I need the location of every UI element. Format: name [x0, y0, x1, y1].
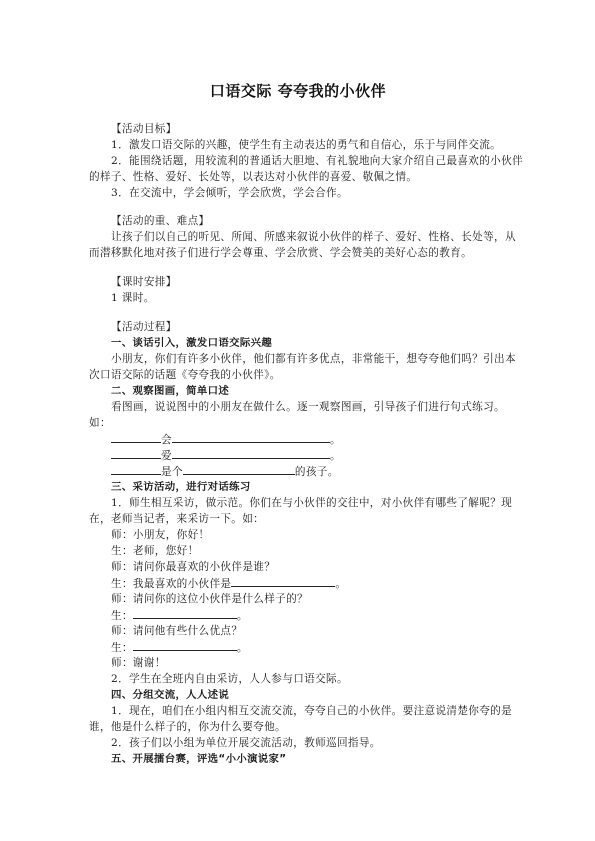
section-heading-process: 【活动过程】 [89, 319, 507, 335]
dialogue-text: 生： [111, 610, 133, 622]
dialogue-line: 师：谢谢！ [89, 655, 507, 671]
period: 。 [237, 642, 248, 654]
dialogue-line: 生：。 [89, 607, 507, 624]
section-heading-schedule: 【课时安排】 [89, 274, 507, 290]
fill-blank[interactable] [133, 639, 237, 651]
dialogue-line: 生：我最喜欢的小伙伴是。 [89, 575, 507, 592]
step1-title: 一、谈话引入，激发口语交际兴趣 [89, 335, 507, 351]
step4-line-3: 2．孩子们以小组为单位开展交流活动，教师巡回指导。 [89, 735, 507, 751]
period: 。 [237, 610, 248, 622]
pattern-word: 爱 [161, 450, 172, 462]
fill-blank[interactable] [133, 607, 237, 619]
goal-item-3: 3．在交流中，学会倾听，学会欣赏，学会合作。 [89, 185, 507, 201]
schedule-text: 1 课时。 [89, 290, 507, 306]
fill-blank[interactable] [111, 463, 161, 475]
step4-title: 四、分组交流，人人述说 [89, 687, 507, 703]
dialogue-line: 生：老师，您好！ [89, 543, 507, 559]
step3-line-2: 在，老师当记者，来采访一下。如： [89, 511, 507, 527]
dialogue-text: 生： [111, 642, 133, 654]
goal-item-2: 2．能围绕话题，用较流利的普通话大胆地、有礼貌地向大家介绍自己最喜欢的小伙伴 [89, 153, 507, 169]
dialogue-text: 生：我最喜欢的小伙伴是 [111, 578, 231, 590]
pattern-row-2: 爱。 [89, 447, 507, 464]
pattern-end: 。 [330, 450, 341, 462]
section-heading-keypoints: 【活动的重、难点】 [89, 213, 507, 229]
dialogue-line: 师：请问他有些什么优点？ [89, 623, 507, 639]
step4-line-2: 谁，他是什么样子的，你为什么要夸他。 [89, 719, 507, 735]
step4-line-1: 1．现在，咱们在小组内相互交流交流，夸夸自己的小伙伴。要注意说清楚你夸的是 [89, 703, 507, 719]
goal-item-1: 1．激发口语交际的兴趣，使学生有主动表达的勇气和自信心，乐于与同伴交流。 [89, 137, 507, 153]
pattern-row-3: 是个的孩子。 [89, 463, 507, 480]
pattern-end: 的孩子。 [295, 466, 339, 478]
pattern-row-1: 会。 [89, 431, 507, 448]
goal-item-2-cont: 的样子、性格、爱好、长处等，以表达对小伙伴的喜爱、敬佩之情。 [89, 169, 507, 185]
page-title: 口语交际 夸夸我的小伙伴 [89, 80, 507, 101]
step1-line-1: 小朋友，你们有许多小伙伴，他们都有许多优点，非常能干，想夸夸他们吗？引出本 [89, 351, 507, 367]
fill-blank[interactable] [111, 431, 161, 443]
step3-line-1: 1．师生相互采访，做示范。你们在与小伙伴的交往中，对小伙伴有哪些了解呢？现 [89, 495, 507, 511]
fill-blank[interactable] [111, 447, 161, 459]
keypoints-line-2: 而潜移默化地对孩子们进行学会尊重、学会欣赏、学会赞美的美好心态的教育。 [89, 245, 507, 261]
fill-blank[interactable] [172, 431, 330, 443]
fill-blank[interactable] [172, 447, 330, 459]
step1-line-2: 次口语交际的话题《夸夸我的小伙伴》。 [89, 367, 507, 383]
pattern-word: 是个 [161, 466, 183, 478]
dialogue-line: 师：请问你的这位小伙伴是什么样子的？ [89, 591, 507, 607]
dialogue-line: 师：小朋友，你好！ [89, 527, 507, 543]
step2-line-1: 看图画，说说图中的小朋友在做什么。逐一观察图画，引导孩子们进行句式练习。 [89, 399, 507, 415]
fill-blank[interactable] [183, 463, 295, 475]
pattern-end: 。 [330, 434, 341, 446]
fill-blank[interactable] [231, 575, 335, 587]
step5-title: 五、开展擂台赛，评选“小小演说家” [89, 751, 507, 767]
period: 。 [335, 578, 346, 590]
section-heading-goals: 【活动目标】 [89, 121, 507, 137]
step2-title: 二、观察图画，简单口述 [89, 383, 507, 399]
pattern-word: 会 [161, 434, 172, 446]
step3-item-2: 2．学生在全班内自由采访，人人参与口语交际。 [89, 671, 507, 687]
dialogue-line: 师：请问你最喜欢的小伙伴是谁？ [89, 559, 507, 575]
step3-title: 三、采访活动，进行对话练习 [89, 479, 507, 495]
keypoints-line-1: 让孩子们以自己的听见、所闻、所感来叙说小伙伴的样子、爱好、性格、长处等，从 [89, 229, 507, 245]
step2-line-2: 如： [89, 415, 507, 431]
dialogue-line: 生：。 [89, 639, 507, 656]
